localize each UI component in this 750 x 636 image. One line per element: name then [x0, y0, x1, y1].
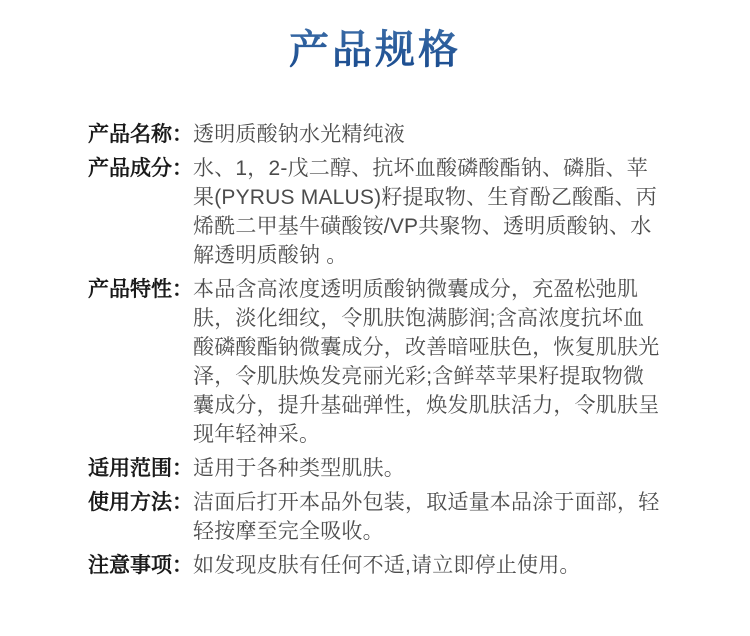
spec-value-features: 本品含高浓度透明质酸钠微囊成分，充盈松弛肌肤，淡化细纹，令肌肤饱满膨润;含高浓度…	[193, 275, 665, 449]
spec-row-precautions: 注意事项： 如发现皮肤有任何不适,请立即停止使用。	[88, 551, 750, 580]
spec-value-precautions: 如发现皮肤有任何不适,请立即停止使用。	[193, 551, 665, 580]
spec-label-applicable-range: 适用范围：	[88, 454, 193, 483]
spec-row-ingredients: 产品成分： 水、1，2-戊二醇、抗坏血酸磷酸酯钠、磷脂、苹果(PYRUS MAL…	[88, 154, 750, 270]
spec-row-usage: 使用方法： 洁面后打开本品外包装，取适量本品涂于面部，轻轻按摩至完全吸收。	[88, 488, 750, 546]
page-title: 产品规格	[0, 0, 750, 74]
spec-value-ingredients: 水、1，2-戊二醇、抗坏血酸磷酸酯钠、磷脂、苹果(PYRUS MALUS)籽提取…	[193, 154, 665, 270]
spec-label-precautions: 注意事项：	[88, 551, 193, 580]
spec-value-product-name: 透明质酸钠水光精纯液	[193, 120, 665, 149]
spec-value-usage: 洁面后打开本品外包装，取适量本品涂于面部，轻轻按摩至完全吸收。	[193, 488, 665, 546]
spec-row-product-name: 产品名称： 透明质酸钠水光精纯液	[88, 120, 750, 149]
spec-list: 产品名称： 透明质酸钠水光精纯液 产品成分： 水、1，2-戊二醇、抗坏血酸磷酸酯…	[0, 74, 750, 580]
spec-row-applicable-range: 适用范围： 适用于各种类型肌肤。	[88, 454, 750, 483]
spec-value-applicable-range: 适用于各种类型肌肤。	[193, 454, 665, 483]
spec-label-usage: 使用方法：	[88, 488, 193, 517]
product-spec-page: 产品规格 产品名称： 透明质酸钠水光精纯液 产品成分： 水、1，2-戊二醇、抗坏…	[0, 0, 750, 636]
spec-label-product-name: 产品名称：	[88, 120, 193, 149]
spec-row-features: 产品特性： 本品含高浓度透明质酸钠微囊成分，充盈松弛肌肤，淡化细纹，令肌肤饱满膨…	[88, 275, 750, 449]
spec-label-features: 产品特性：	[88, 275, 193, 304]
spec-label-ingredients: 产品成分：	[88, 154, 193, 183]
